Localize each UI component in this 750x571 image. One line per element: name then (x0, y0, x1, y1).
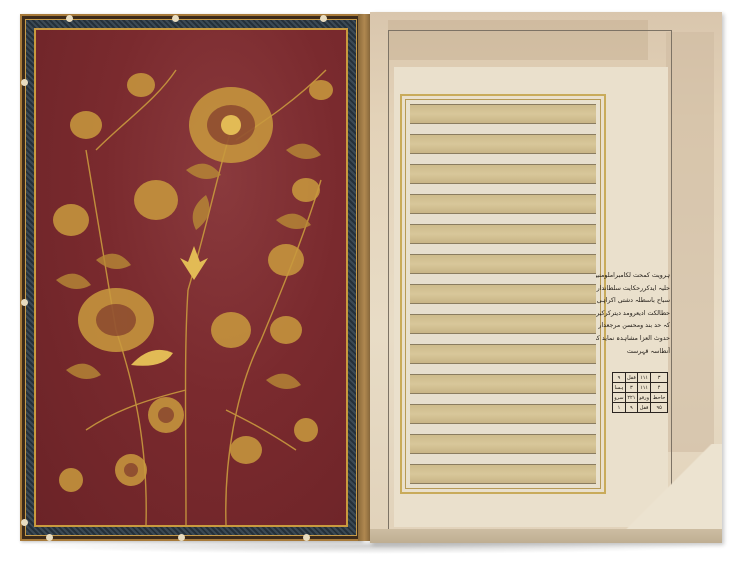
note-line: سباح باسطلہ دشتی اکراہی (596, 295, 670, 308)
nail-icon (66, 15, 73, 22)
gold-band (410, 314, 596, 334)
note-line: کہ حد بند ومحسن مرجعدار (596, 320, 670, 333)
gold-floral-icon (36, 30, 346, 525)
blank-strip (410, 364, 596, 374)
gold-band (410, 104, 596, 124)
gold-band (410, 434, 596, 454)
table-cell: ۱۱۱ (637, 383, 650, 393)
nail-icon (172, 15, 179, 22)
nail-icon (21, 299, 28, 306)
table-row: ۹ قفل ۱۱۱ ۳ (613, 373, 668, 383)
gold-band (410, 404, 596, 424)
table-cell: قفل (625, 373, 637, 383)
manuscript-leaf: ہرویت کمحت لکامبراملومنین حلیہ ایدکررحکا… (370, 12, 722, 543)
page-bottom-edge (370, 529, 722, 543)
nail-icon (303, 534, 310, 541)
blank-strip (410, 334, 596, 344)
gold-band (410, 194, 596, 214)
table-cell: ۴ (651, 383, 668, 393)
table-cell: قفل (637, 403, 650, 413)
nail-icon (178, 534, 185, 541)
blank-strip (410, 394, 596, 404)
gold-band (410, 344, 596, 364)
gold-band (410, 374, 596, 394)
table-cell: ۱۱۱ (637, 373, 650, 383)
note-line: آنطاسہ قہرست (596, 346, 670, 359)
table-row: سرو ۲۲۱ ورفو حاحط (613, 393, 668, 403)
table-cell: حاحط (651, 393, 668, 403)
gold-band (410, 224, 596, 244)
table-row: ۱ ۹ قفل ۹۵ (613, 403, 668, 413)
table-cell: ۹ (613, 373, 626, 383)
table-cell: ۹۵ (651, 403, 668, 413)
cover-red-field (34, 28, 348, 527)
blank-strip (410, 274, 596, 284)
table-cell: ۲۲۱ (625, 393, 637, 403)
blank-strip (410, 214, 596, 224)
gold-band (410, 254, 596, 274)
paper-repair-strip (666, 32, 714, 452)
gold-band (410, 284, 596, 304)
table-cell: ۳ (625, 383, 637, 393)
table-cell: ۱ (613, 403, 626, 413)
blank-strip (410, 304, 596, 314)
ledger-table: ۹ قفل ۱۱۱ ۳ ہسا ۳ ۱۱۱ ۴ سرو ۲۲۱ ورفو حاح… (612, 372, 668, 413)
blank-strip (410, 124, 596, 134)
lacquer-cover (20, 14, 362, 541)
note-line: ہرویت کمحت لکامبراملومنین (596, 270, 670, 283)
blank-strip (410, 424, 596, 434)
nail-icon (21, 79, 28, 86)
blank-strip (410, 244, 596, 254)
gold-band (410, 164, 596, 184)
manuscript-photo: ہرویت کمحت لکامبراملومنین حلیہ ایدکررحکا… (0, 0, 750, 571)
table-cell: سرو (613, 393, 626, 403)
ruled-text-block (400, 94, 606, 494)
note-line: حلیہ ایدکررحکایت سلطاندار (596, 283, 670, 296)
blank-strip (410, 154, 596, 164)
nail-icon (21, 519, 28, 526)
blank-strip (410, 454, 596, 464)
table-cell: ۹ (625, 403, 637, 413)
note-line: حدوث العزا مشاہدہ نماید کہ مسائیل (596, 333, 670, 346)
nail-icon (46, 534, 53, 541)
table-row: ہسا ۳ ۱۱۱ ۴ (613, 383, 668, 393)
marginal-note: ہرویت کمحت لکامبراملومنین حلیہ ایدکررحکا… (596, 270, 670, 358)
nail-icon (320, 15, 327, 22)
gold-band (410, 134, 596, 154)
gold-band (410, 464, 596, 484)
gold-ruled-lines (410, 104, 596, 484)
note-line: حطالکت ادیعرومد دیترکرکیر (596, 308, 670, 321)
table-cell: ورفو (637, 393, 650, 403)
table-cell: ہسا (613, 383, 626, 393)
table-cell: ۳ (651, 373, 668, 383)
blank-strip (410, 184, 596, 194)
